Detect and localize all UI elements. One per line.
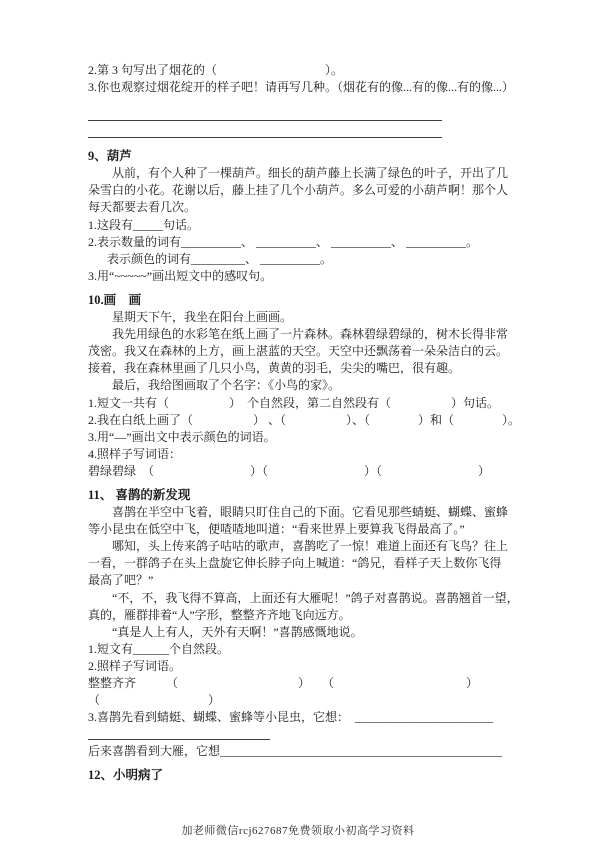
section-11-title: 11、 喜鹊的新发现 [88, 487, 524, 504]
section-10-title: 10.画 画 [88, 292, 524, 309]
worksheet-page: 2.第 3 句写出了烟花的（ ）。 3.你也观察过烟花绽开的样子吧！请再写几种。… [0, 0, 596, 842]
blank-rule [88, 124, 442, 138]
s11-question-2: 2.照样子写词语。 [88, 658, 524, 675]
s11-question-3: 3.喜鹊先看到蜻蜓、蝴蝶、蜜蜂等小昆虫，它想： ________________… [88, 709, 524, 726]
s11-question-2-example: 整整齐齐 （ ） （ ） [88, 675, 524, 692]
s10-question-1: 1.短文一共有（ ） 个自然段，第二自然段有（ ）句话。 [88, 395, 524, 412]
s11-paragraph-line-6: “不，不，我飞得不算高，上面还有大雁呢！”鸽子对喜鹊说。喜鹊翘首一望， [88, 590, 524, 607]
intro-question-3: 3.你也观察过烟花绽开的样子吧！请再写几种。（烟花有的像...有的像...有的像… [88, 79, 524, 96]
s11-question-2-example-cont: （ ） [88, 692, 524, 709]
worksheet-content: 2.第 3 句写出了烟花的（ ）。 3.你也观察过烟花绽开的样子吧！请再写几种。… [88, 62, 524, 784]
answer-blank-line [88, 124, 524, 141]
s10-question-3: 3.用“—”画出文中表示颜色的词语。 [88, 429, 524, 446]
s10-paragraph-line-3: 茂密。我又在森林的上方，画上湛蓝的天空。天空中还飘荡着一朵朵洁白的云。 [88, 343, 524, 360]
blank-rule [88, 726, 270, 740]
answer-blank-line [88, 726, 524, 743]
blank-rule [88, 107, 442, 121]
s11-paragraph-line-1: 喜鹊在半空中飞着，眼睛只盯住自己的下面。它看见那些蜻蜓、蝴蝶、蜜蜂 [88, 504, 524, 521]
s11-paragraph-line-7: 真的，雁群排着“人”字形，整整齐齐地飞向远方。 [88, 607, 524, 624]
s9-question-1: 1.这段有_____句话。 [88, 217, 524, 234]
s10-paragraph-line-5: 最后，我给图画取了个名字：《小鸟的家》。 [88, 377, 524, 394]
s9-paragraph-line-1: 从前，有个人种了一棵葫芦。细长的葫芦藤上长满了绿色的叶子，开出了几 [88, 165, 524, 182]
s10-paragraph-line-2: 我先用绿色的水彩笔在纸上画了一片森林。森林碧绿碧绿的，树木长得非常 [88, 326, 524, 343]
s11-paragraph-line-3: 哪知，头上传来鸽子咕咕的歌声，喜鹊吃了一惊！难道上面还有飞鸟？往上 [88, 538, 524, 555]
s10-question-4-example: 碧绿碧绿 （ ）（ ）（ ） [88, 463, 524, 480]
s9-paragraph-line-3: 每天都要去看几次。 [88, 199, 524, 216]
s9-question-2: 2.表示数量的词有__________、 __________、 _______… [88, 234, 524, 251]
s11-paragraph-line-4: 一看，一群鸽子在头上盘旋它伸长脖子向上喊道：“鸽兄，看样子天上数你飞得 [88, 555, 524, 572]
s10-paragraph-line-1: 星期天下午，我坐在阳台上画画。 [88, 309, 524, 326]
s11-question-3-cont: 后来喜鹊看到大雁，它想_____________________________… [88, 743, 524, 760]
s9-paragraph-line-2: 朵雪白的小花。花谢以后，藤上挂了几个小葫芦。多么可爱的小葫芦啊！那个人 [88, 182, 524, 199]
s11-question-1: 1.短文有______个自然段。 [88, 641, 524, 658]
intro-question-2: 2.第 3 句写出了烟花的（ ）。 [88, 62, 524, 79]
s9-question-3: 3.用“~~~~~”画出短文中的感叹句。 [88, 268, 524, 285]
s11-paragraph-line-8: “真是人上有人，天外有天啊！”喜鹊感慨地说。 [88, 624, 524, 641]
s10-paragraph-line-4: 接着，我在森林里画了几只小鸟，黄黄的羽毛，尖尖的嘴巴，很有趣。 [88, 360, 524, 377]
s11-paragraph-line-2: 等小昆虫在低空中飞，便喳喳地叫道：“看来世界上要算我飞得最高了。” [88, 521, 524, 538]
section-9-title: 9、葫芦 [88, 148, 524, 165]
s9-question-2b: 表示颜色的词有_________、 __________。 [88, 251, 524, 268]
s10-question-4: 4.照样子写词语： [88, 446, 524, 463]
s10-question-2: 2.我在白纸上画了（ ） 、（ ）、（ ）和（ ）。 [88, 412, 524, 429]
section-12-title: 12、小明病了 [88, 767, 524, 784]
answer-blank-line [88, 107, 524, 124]
s11-paragraph-line-5: 最高了吧？” [88, 572, 524, 589]
footer-watermark: 加老师微信rcj627687免费领取小初高学习资料 [0, 822, 596, 838]
